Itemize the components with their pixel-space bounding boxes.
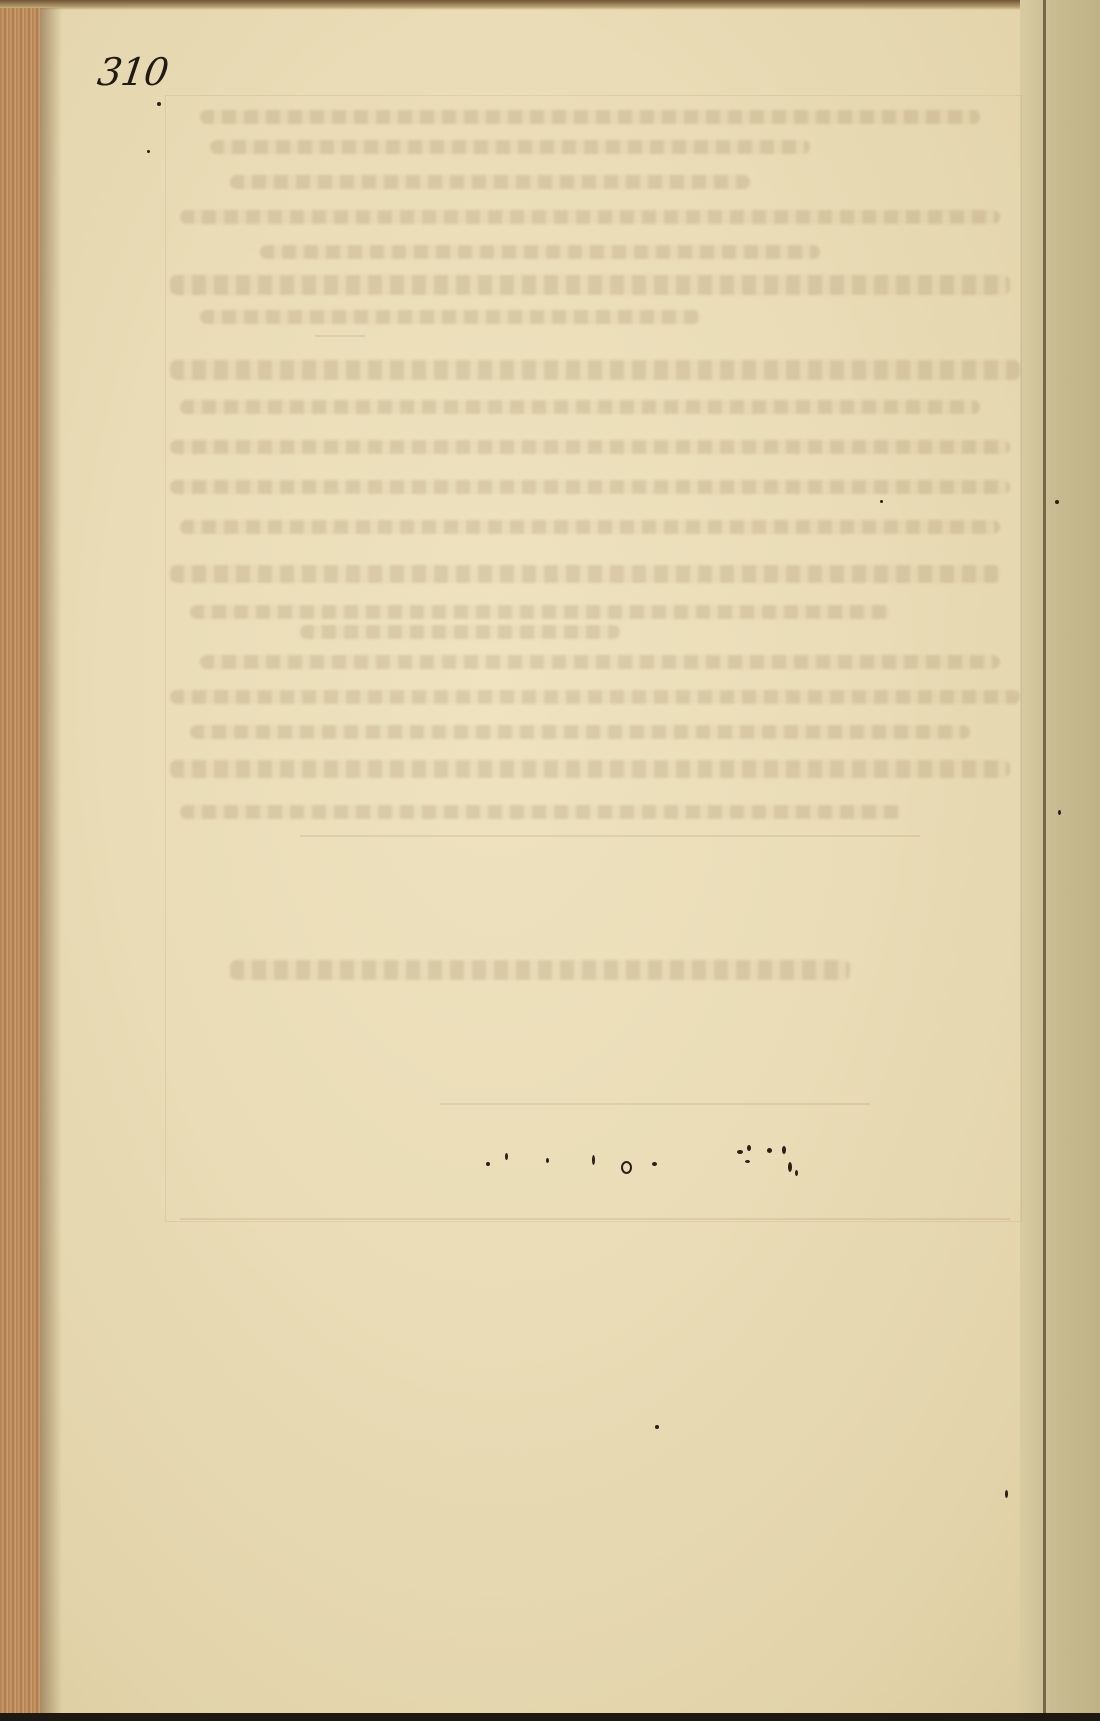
bleed-line: [200, 655, 1000, 669]
ink-speck: [505, 1153, 508, 1160]
manuscript-page: 310: [0, 0, 1100, 1713]
ink-speck: [621, 1161, 632, 1174]
bleed-line: [190, 725, 970, 739]
page-bottom-edge: [0, 1713, 1100, 1721]
ink-speck: [486, 1162, 490, 1166]
bleed-line: [200, 310, 700, 324]
bleed-line: [170, 760, 1010, 778]
ink-speck: [795, 1170, 798, 1176]
ink-speck: [782, 1146, 786, 1154]
bleed-line: [260, 245, 820, 259]
bleed-line: [170, 275, 1010, 295]
ink-speck: [788, 1162, 792, 1172]
ink-speck: [880, 500, 883, 503]
ink-speck: [737, 1150, 743, 1154]
bleed-line: [200, 110, 980, 124]
ink-speck: [745, 1160, 750, 1163]
bleed-line: [170, 440, 1010, 454]
ink-speck: [655, 1425, 659, 1429]
bleed-line: [300, 625, 620, 639]
bleed-line: [180, 520, 1000, 534]
bleed-rule: [440, 1103, 870, 1105]
bleed-rule: [180, 1218, 1010, 1220]
page-fore-edge: [0, 8, 40, 1713]
ink-speck: [546, 1158, 549, 1163]
bleed-line: [190, 605, 890, 619]
bleed-line: [170, 565, 1000, 583]
bleed-line: [170, 360, 1020, 380]
ink-speck: [592, 1155, 595, 1165]
bleed-rule: [315, 335, 365, 337]
ink-speck: [747, 1145, 751, 1151]
page-top-edge: [0, 0, 1100, 10]
ink-speck: [1055, 500, 1059, 504]
ink-speck: [157, 102, 161, 106]
bleed-line: [170, 690, 1020, 704]
bleed-line: [180, 400, 980, 414]
ink-speck: [652, 1162, 657, 1166]
binding-gutter: [1020, 0, 1100, 1713]
ink-speck: [1058, 810, 1061, 815]
ink-speck: [767, 1148, 772, 1153]
bleed-line: [230, 175, 750, 189]
bleed-line: [210, 140, 810, 154]
gutter-line: [1043, 0, 1046, 1713]
bleed-line: [180, 210, 1000, 224]
ink-speck: [1005, 1490, 1008, 1498]
bleed-line: [170, 480, 1010, 494]
bleed-line: [180, 805, 900, 819]
bleed-rule: [300, 835, 920, 837]
bleed-line: [230, 960, 850, 980]
page-number: 310: [95, 50, 171, 94]
fore-edge-shadow: [40, 8, 62, 1713]
ink-speck: [147, 150, 150, 153]
